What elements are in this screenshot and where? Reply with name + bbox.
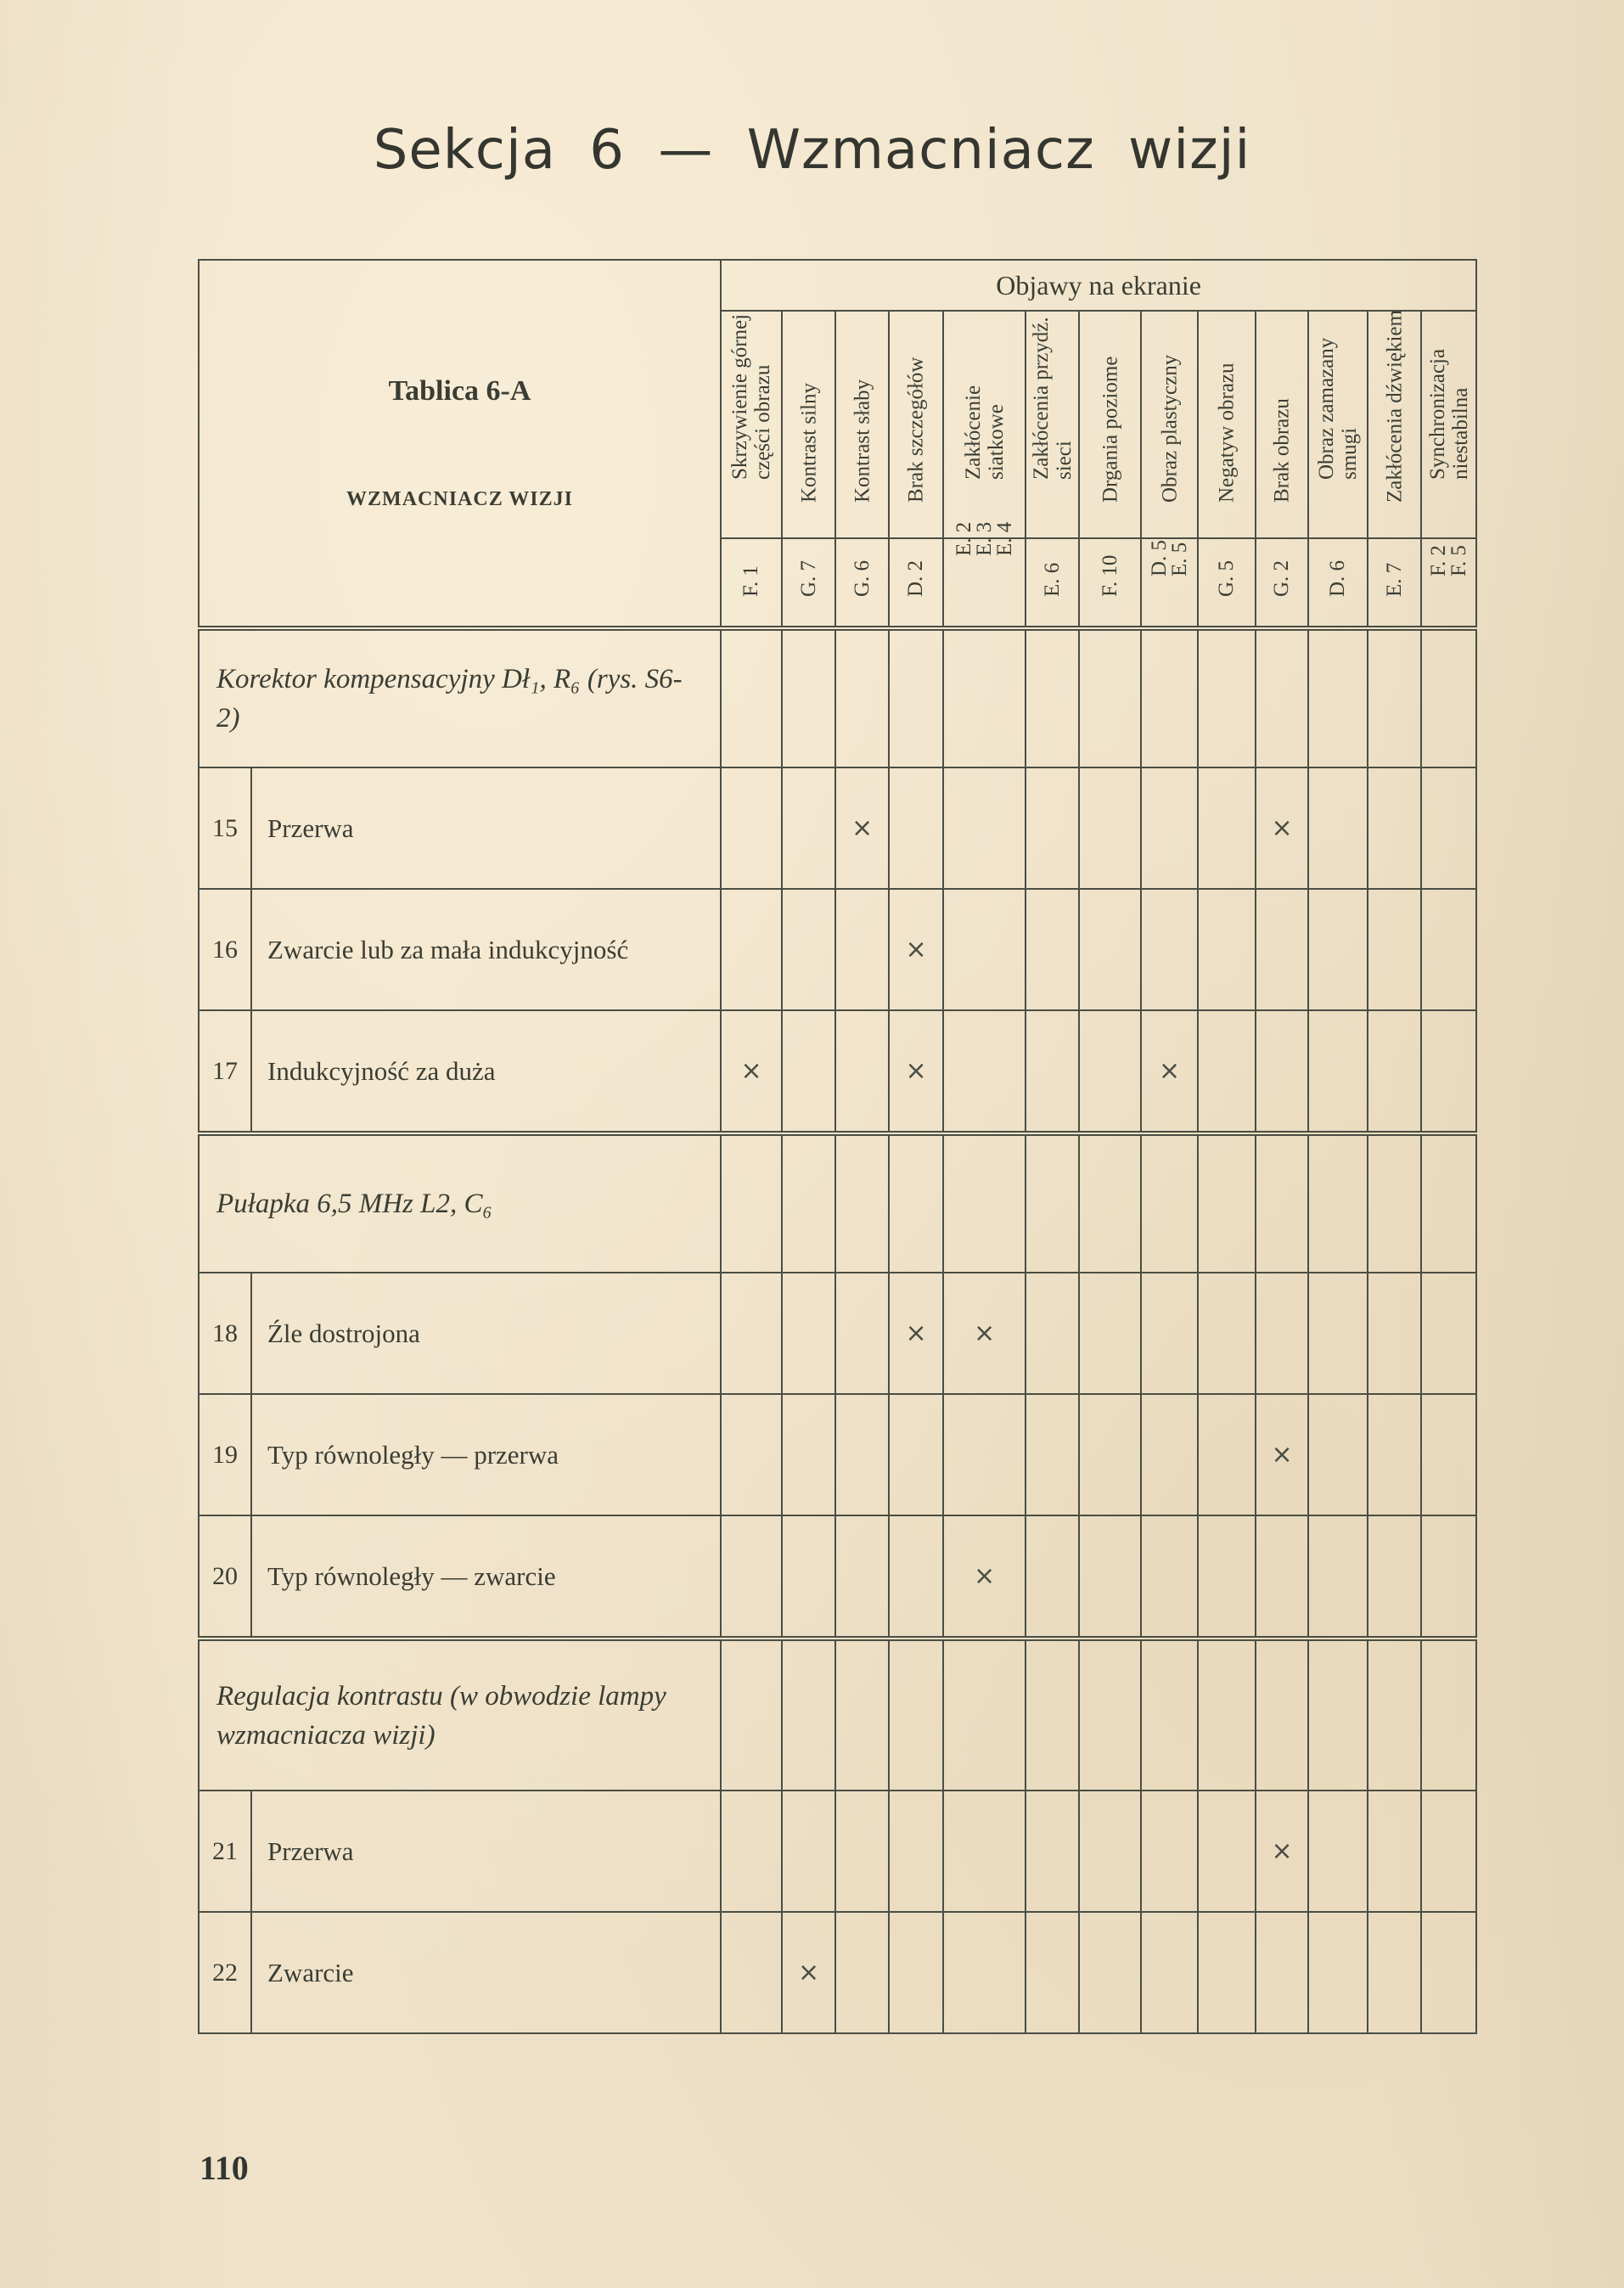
empty-cell [1421,1912,1476,2033]
x-mark-icon: × [943,1515,1026,1639]
empty-cell [943,1010,1026,1133]
empty-cell [1198,1912,1256,2033]
code-divider [1309,537,1367,539]
x-mark-icon: × [782,1912,835,2033]
symptom-code: E. 7 [1385,563,1405,597]
empty-cell [1141,1515,1198,1639]
section-row: Pułapka 6,5 MHz L2, C₆ [199,1133,1476,1273]
empty-cell [721,1912,782,2033]
empty-cell [1368,1010,1421,1133]
empty-cell [835,1912,889,2033]
empty-cell [721,1273,782,1394]
x-mark-icon: × [835,767,889,889]
fault-description: Zwarcie [251,1912,721,2033]
code-divider [1080,537,1140,539]
empty-cell [1079,1133,1141,1273]
empty-cell [721,1639,782,1790]
empty-cell [1198,1273,1256,1394]
page-number: 110 [199,2148,249,2188]
empty-cell [1198,628,1256,767]
symptom-column-header: Drgania poziomeF. 10 [1079,311,1141,628]
empty-cell [1308,1394,1368,1515]
empty-cell [1026,1515,1079,1639]
fault-description: Przerwa [251,767,721,889]
empty-cell [835,1010,889,1133]
empty-cell [835,889,889,1010]
empty-cell [1026,889,1079,1010]
symptom-label: Brak obrazu [1271,398,1294,503]
table-row: 21Przerwa× [199,1790,1476,1912]
symptom-code: D. 5 E. 5 [1149,540,1190,576]
empty-cell [1308,1273,1368,1394]
symptom-label: Zakłócenia przydź. sieci [1030,317,1076,480]
empty-cell [1079,1394,1141,1515]
code-divider [783,537,834,539]
empty-cell [721,889,782,1010]
fault-description: Typ równoległy — zwarcie [251,1515,721,1639]
page-title: Sekcja 6 — Wzmacniacz wizji [0,119,1624,182]
empty-cell [889,1639,943,1790]
symptom-code: G. 7 [799,560,819,597]
empty-cell [889,767,943,889]
symptom-label: Obraz zamazany smugi [1315,338,1361,480]
empty-cell [943,1639,1026,1790]
empty-cell [1026,1790,1079,1912]
empty-cell [1141,1912,1198,2033]
empty-cell [1079,1515,1141,1639]
table-row: 17Indukcyjność za duża××× [199,1010,1476,1133]
symptom-column-header: Obraz zamazany smugiD. 6 [1308,311,1368,628]
empty-cell [1079,889,1141,1010]
empty-cell [721,767,782,889]
symptom-code: E. 6 [1042,563,1063,597]
empty-cell [1368,1394,1421,1515]
empty-cell [1308,1010,1368,1133]
empty-cell [1141,889,1198,1010]
empty-cell [943,1790,1026,1912]
empty-cell [721,1133,782,1273]
empty-cell [721,1790,782,1912]
empty-cell [1198,1394,1256,1515]
empty-cell [1079,628,1141,767]
empty-cell [1256,1639,1308,1790]
symptom-code: D. 2 [906,560,926,597]
empty-cell [782,889,835,1010]
empty-cell [721,1394,782,1515]
empty-cell [1368,1639,1421,1790]
empty-cell [1421,1133,1476,1273]
empty-cell [721,1515,782,1639]
empty-cell [1198,1133,1256,1273]
symptom-column-header: Kontrast słabyG. 6 [835,311,889,628]
empty-cell [1368,628,1421,767]
empty-cell [1141,767,1198,889]
empty-cell [1308,628,1368,767]
empty-cell [835,1133,889,1273]
x-mark-icon: × [889,1273,943,1394]
empty-cell [782,1010,835,1133]
symptom-label: Synchronizacja niestabilna [1426,349,1472,480]
table-row: 18Źle dostrojona×× [199,1273,1476,1394]
fault-description: Zwarcie lub za mała indukcyjność [251,889,721,1010]
symptom-code: G. 5 [1217,560,1237,597]
table-row: 22Zwarcie× [199,1912,1476,2033]
table-row: 20Typ równoległy — zwarcie× [199,1515,1476,1639]
empty-cell [1026,1133,1079,1273]
symptom-code: F. 10 [1100,555,1121,597]
table-row: 16Zwarcie lub za mała indukcyjność× [199,889,1476,1010]
empty-cell [1308,1790,1368,1912]
empty-cell [1079,1273,1141,1394]
empty-cell [889,628,943,767]
section-row: Regulacja kontrastu (w obwodzie lampy wz… [199,1639,1476,1790]
empty-cell [835,1639,889,1790]
empty-cell [1421,1010,1476,1133]
empty-cell [1026,1273,1079,1394]
empty-cell [1256,1273,1308,1394]
empty-cell [1368,1912,1421,2033]
empty-cell [1141,1394,1198,1515]
symptom-code: F. 1 [741,565,761,597]
empty-cell [889,1394,943,1515]
empty-cell [1026,1639,1079,1790]
empty-cell [1079,1790,1141,1912]
empty-cell [943,1133,1026,1273]
empty-cell [943,889,1026,1010]
empty-cell [1421,1790,1476,1912]
empty-cell [943,767,1026,889]
table-name: Tablica 6-A [199,375,720,408]
code-divider [1142,537,1197,539]
code-divider [1026,537,1078,539]
symptom-column-header: Kontrast silnyG. 7 [782,311,835,628]
empty-cell [1421,889,1476,1010]
symptom-column-header: Zakłócenia dźwiękiemE. 7 [1368,311,1421,628]
empty-cell [721,628,782,767]
empty-cell [1308,767,1368,889]
empty-cell [943,1394,1026,1515]
fault-number: 15 [199,767,251,889]
section-label: Pułapka 6,5 MHz L2, C₆ [199,1133,721,1273]
x-mark-icon: × [1256,1790,1308,1912]
empty-cell [1141,1790,1198,1912]
empty-cell [1308,1515,1368,1639]
empty-cell [1256,1515,1308,1639]
symptom-code: G. 2 [1272,560,1292,597]
symptom-label: Obraz plastyczny [1158,355,1181,503]
empty-cell [1079,1639,1141,1790]
empty-cell [1026,1010,1079,1133]
empty-cell [1421,1515,1476,1639]
fault-number: 18 [199,1273,251,1394]
empty-cell [1421,1394,1476,1515]
empty-cell [889,1790,943,1912]
empty-cell [1256,628,1308,767]
empty-cell [1026,1912,1079,2033]
symptom-matrix: Tablica 6-A WZMACNIACZ WIZJI Objawy na e… [198,259,1477,2034]
fault-table: Tablica 6-A WZMACNIACZ WIZJI Objawy na e… [198,259,1475,2034]
empty-cell [1421,1639,1476,1790]
empty-cell [1256,1010,1308,1133]
symptom-column-header: Zakłócenia przydź. sieciE. 6 [1026,311,1079,628]
empty-cell [1026,1394,1079,1515]
empty-cell [1079,1010,1141,1133]
symptom-code: F. 2 F. 5 [1429,545,1469,576]
fault-number: 21 [199,1790,251,1912]
empty-cell [782,628,835,767]
empty-cell [889,1133,943,1273]
code-divider [1422,537,1475,539]
symptom-column-header: Brak szczegółówD. 2 [889,311,943,628]
empty-cell [1198,1790,1256,1912]
fault-description: Przerwa [251,1790,721,1912]
section-label: Korektor kompensacyjny Dł₁, R₆ (rys. S6-… [199,628,721,767]
table-subtitle: WZMACNIACZ WIZJI [199,488,720,511]
empty-cell [835,1790,889,1912]
empty-cell [1421,1273,1476,1394]
fault-description: Typ równoległy — przerwa [251,1394,721,1515]
empty-cell [1308,1912,1368,2033]
empty-cell [782,1639,835,1790]
code-divider [722,537,781,539]
empty-cell [889,1912,943,2033]
empty-cell [782,767,835,889]
symptom-label: Drgania poziome [1099,357,1121,503]
empty-cell [1198,1515,1256,1639]
code-divider [836,537,888,539]
empty-cell [1256,889,1308,1010]
empty-cell [1198,767,1256,889]
x-mark-icon: × [889,889,943,1010]
empty-cell [1198,889,1256,1010]
code-divider [890,537,942,539]
x-mark-icon: × [1256,767,1308,889]
code-divider [1256,537,1307,539]
empty-cell [1421,628,1476,767]
symptom-code: G. 6 [852,560,873,597]
empty-cell [1141,1273,1198,1394]
empty-cell [1198,1639,1256,1790]
empty-cell [1308,889,1368,1010]
symptoms-header: Objawy na ekranie [721,260,1476,311]
symptom-column-header: Brak obrazuG. 2 [1256,311,1308,628]
empty-cell [1141,628,1198,767]
empty-cell [835,1515,889,1639]
empty-cell [1368,1515,1421,1639]
symptom-label: Kontrast silny [797,383,820,503]
empty-cell [1079,767,1141,889]
table-row: 15Przerwa×× [199,767,1476,889]
empty-cell [943,628,1026,767]
empty-cell [782,1133,835,1273]
code-divider [1368,537,1420,539]
fault-description: Indukcyjność za duża [251,1010,721,1133]
x-mark-icon: × [889,1010,943,1133]
section-row: Korektor kompensacyjny Dł₁, R₆ (rys. S6-… [199,628,1476,767]
empty-cell [1079,1912,1141,2033]
empty-cell [1308,1639,1368,1790]
code-divider [1199,537,1255,539]
empty-cell [1141,1133,1198,1273]
symptom-column-header: Skrzywienie górnej części obrazuF. 1 [721,311,782,628]
empty-cell [1026,628,1079,767]
fault-number: 19 [199,1394,251,1515]
symptom-label: Zakłócenia dźwiękiem [1383,310,1406,503]
x-mark-icon: × [721,1010,782,1133]
symptom-column-header: Obraz plastycznyD. 5 E. 5 [1141,311,1198,628]
fault-number: 17 [199,1010,251,1133]
table-caption: Tablica 6-A WZMACNIACZ WIZJI [199,260,721,628]
symptom-label: Zakłócenie siatkowe [962,385,1008,480]
empty-cell [1421,767,1476,889]
empty-cell [782,1790,835,1912]
symptom-column-header: Zakłócenie siatkoweE. 2 E. 3 E. 4 [943,311,1026,628]
empty-cell [1256,1912,1308,2033]
section-label: Regulacja kontrastu (w obwodzie lampy wz… [199,1639,721,1790]
symptom-column-header: Negatyw obrazuG. 5 [1198,311,1256,628]
table-row: 19Typ równoległy — przerwa× [199,1394,1476,1515]
empty-cell [1256,1133,1308,1273]
x-mark-icon: × [943,1273,1026,1394]
empty-cell [1141,1639,1198,1790]
empty-cell [835,1273,889,1394]
symptom-code: D. 6 [1328,560,1348,597]
empty-cell [782,1273,835,1394]
empty-cell [1368,889,1421,1010]
empty-cell [1368,767,1421,889]
empty-cell [889,1515,943,1639]
symptom-label: Skrzywienie górnej części obrazu [728,314,774,480]
empty-cell [1368,1133,1421,1273]
empty-cell [835,628,889,767]
x-mark-icon: × [1256,1394,1308,1515]
empty-cell [1308,1133,1368,1273]
symptom-code: E. 2 E. 3 E. 4 [954,522,1015,556]
fault-description: Źle dostrojona [251,1273,721,1394]
symptom-label: Brak szczegółów [905,357,928,503]
fault-number: 16 [199,889,251,1010]
fault-number: 20 [199,1515,251,1639]
symptom-label: Kontrast słaby [851,379,874,503]
fault-number: 22 [199,1912,251,2033]
empty-cell [1198,1010,1256,1133]
x-mark-icon: × [1141,1010,1198,1133]
empty-cell [943,1912,1026,2033]
empty-cell [1368,1790,1421,1912]
empty-cell [835,1394,889,1515]
empty-cell [782,1394,835,1515]
symptom-column-header: Synchronizacja niestabilnaF. 2 F. 5 [1421,311,1476,628]
empty-cell [782,1515,835,1639]
empty-cell [1026,767,1079,889]
symptom-label: Negatyw obrazu [1216,363,1239,503]
empty-cell [1368,1273,1421,1394]
